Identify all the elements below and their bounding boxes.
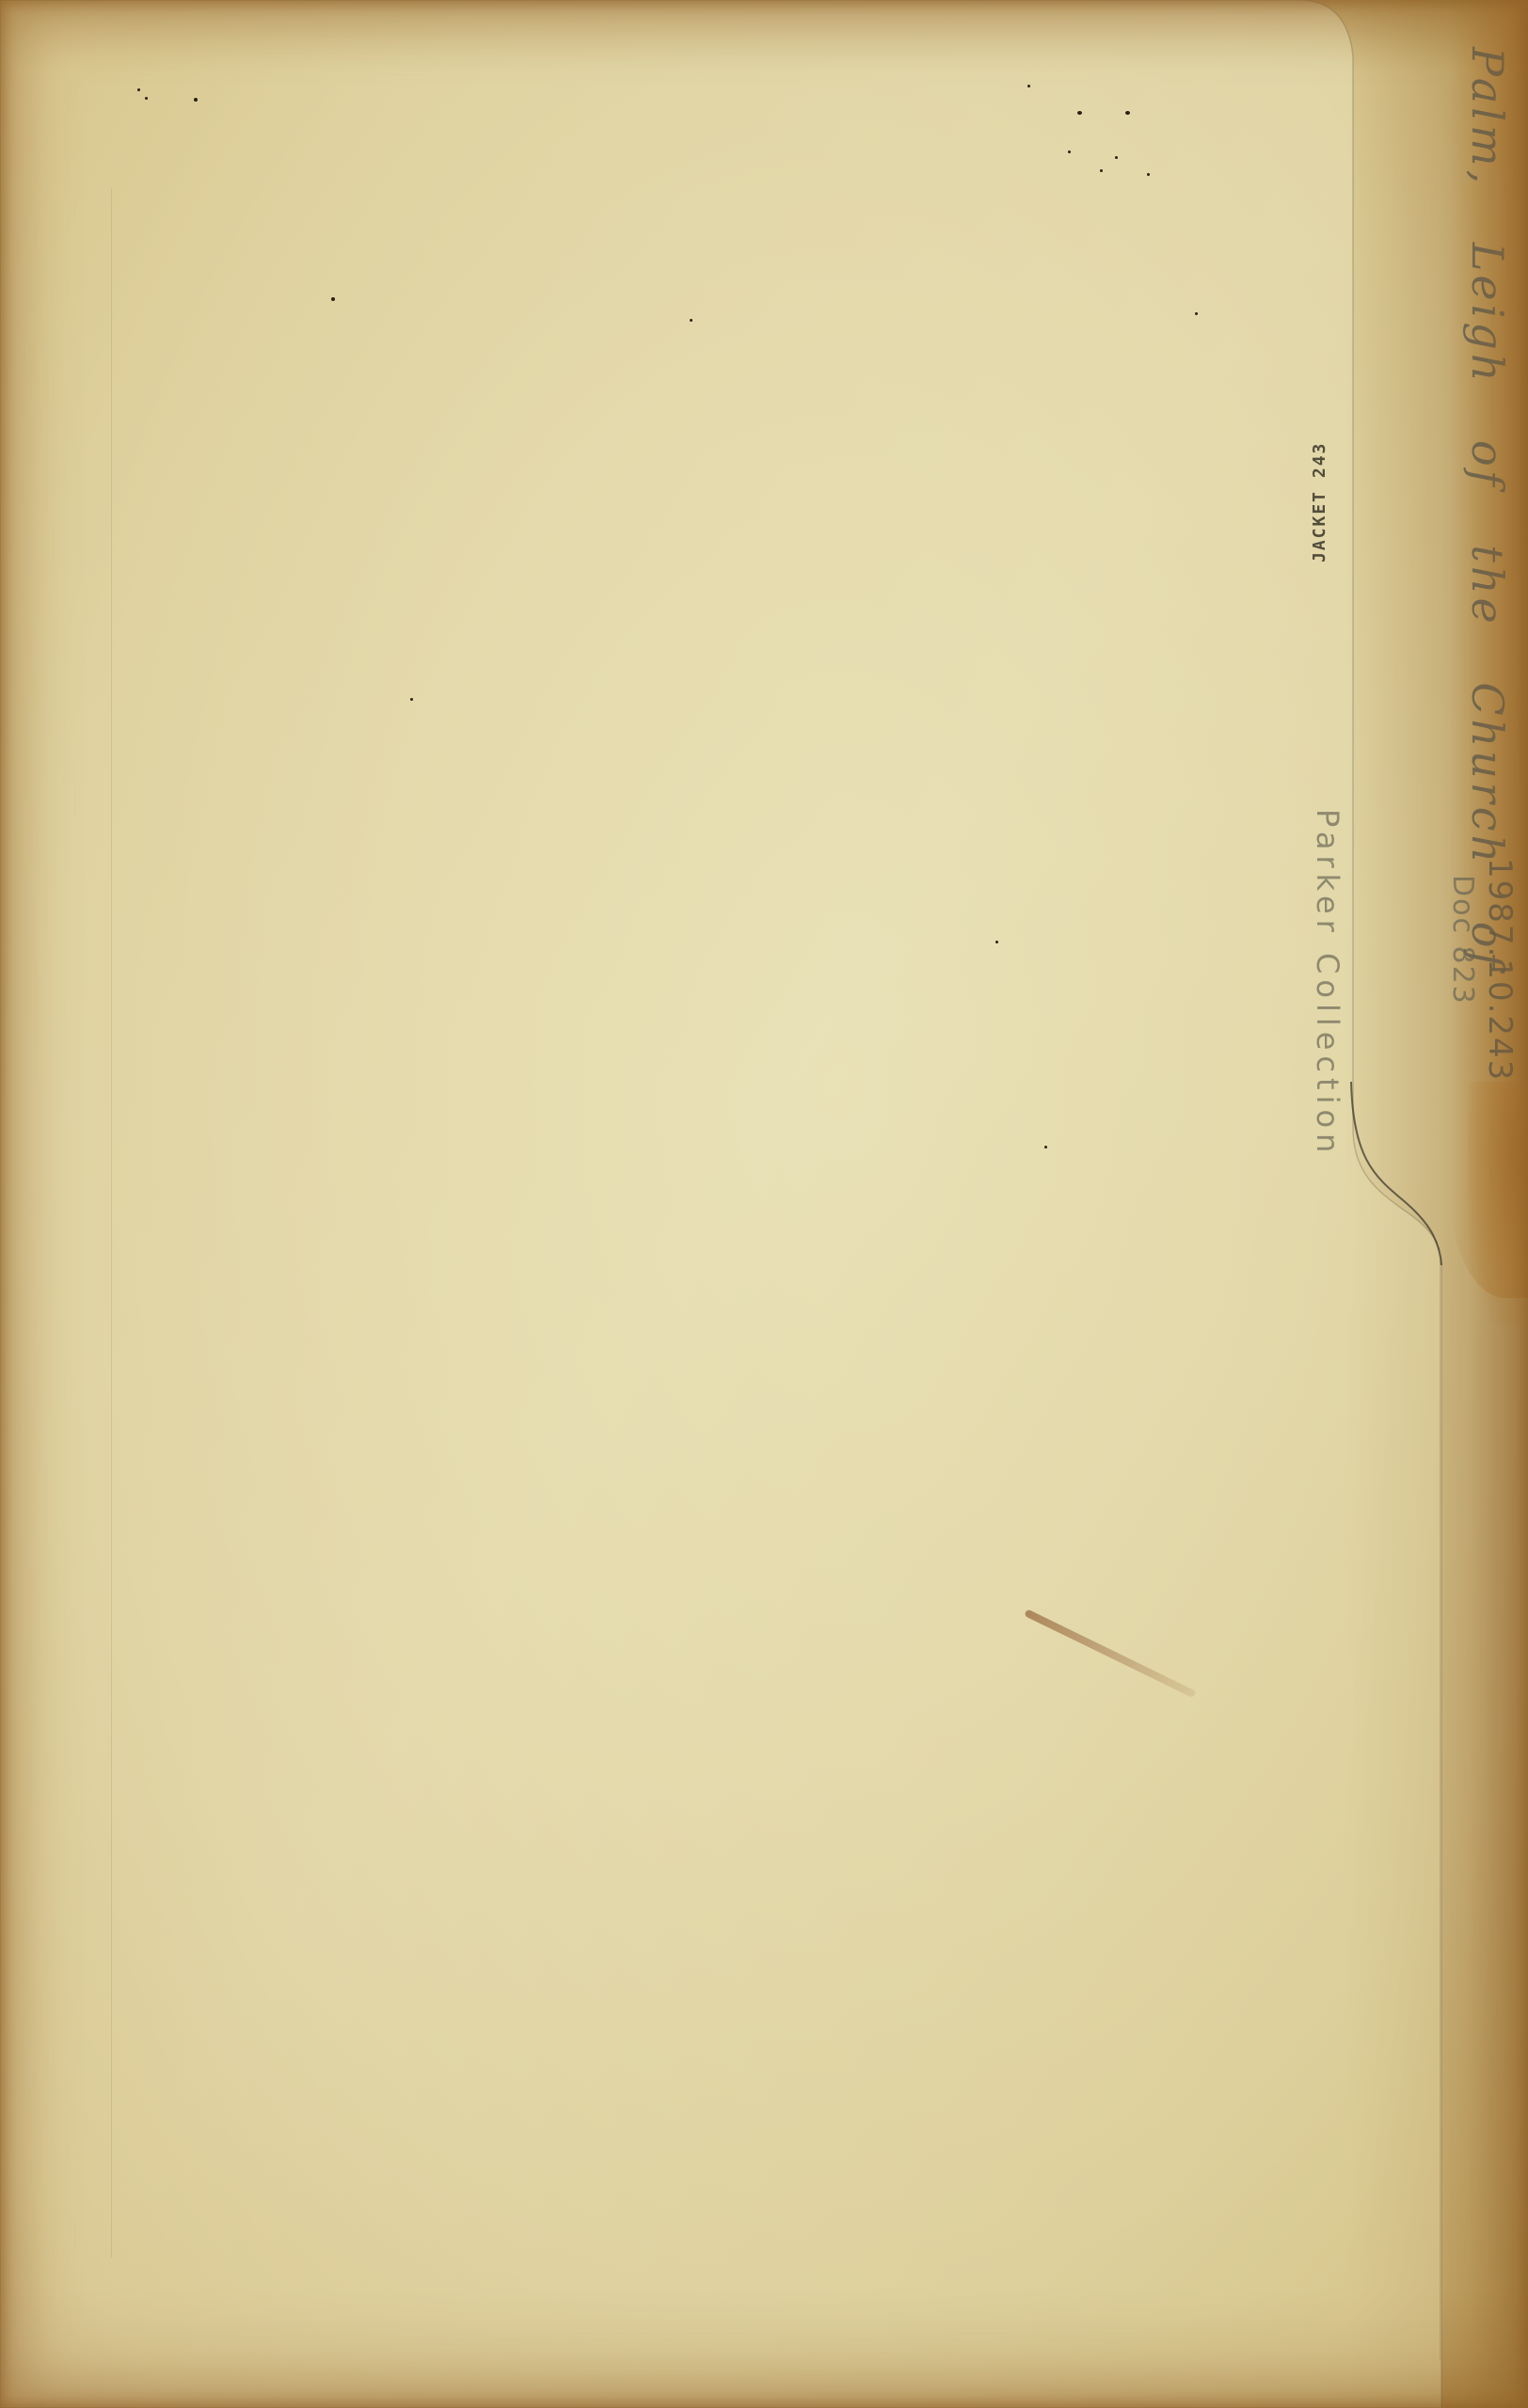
- score-line: [111, 188, 112, 2257]
- accession-number: 1987.10.243: [1481, 858, 1519, 1082]
- speck: [410, 698, 413, 701]
- speck: [1044, 1146, 1047, 1149]
- speck: [1195, 312, 1198, 315]
- folder-outline: [0, 0, 1528, 2408]
- speck: [1077, 111, 1082, 115]
- speck: [1100, 169, 1103, 172]
- jacket-stamp: JACKET 243: [1310, 442, 1329, 562]
- speck: [1125, 111, 1130, 115]
- speck: [331, 297, 335, 301]
- collection-note: Parker Collection: [1310, 809, 1345, 1158]
- speck: [137, 88, 140, 91]
- speck: [690, 319, 692, 322]
- tab-title: Palm, Leigh of the Church of: [1462, 47, 1513, 972]
- speck: [1068, 150, 1071, 153]
- doc-number: Doc 823: [1446, 875, 1479, 1006]
- scanned-folder: Palm, Leigh of the Church of 1987.10.243…: [0, 0, 1528, 2408]
- speck: [1147, 173, 1150, 176]
- speck: [995, 941, 998, 943]
- speck: [145, 97, 148, 100]
- speck: [194, 98, 198, 102]
- speck: [1115, 156, 1118, 159]
- speck: [1027, 85, 1030, 87]
- flap-edge-line: [1440, 1251, 1440, 2361]
